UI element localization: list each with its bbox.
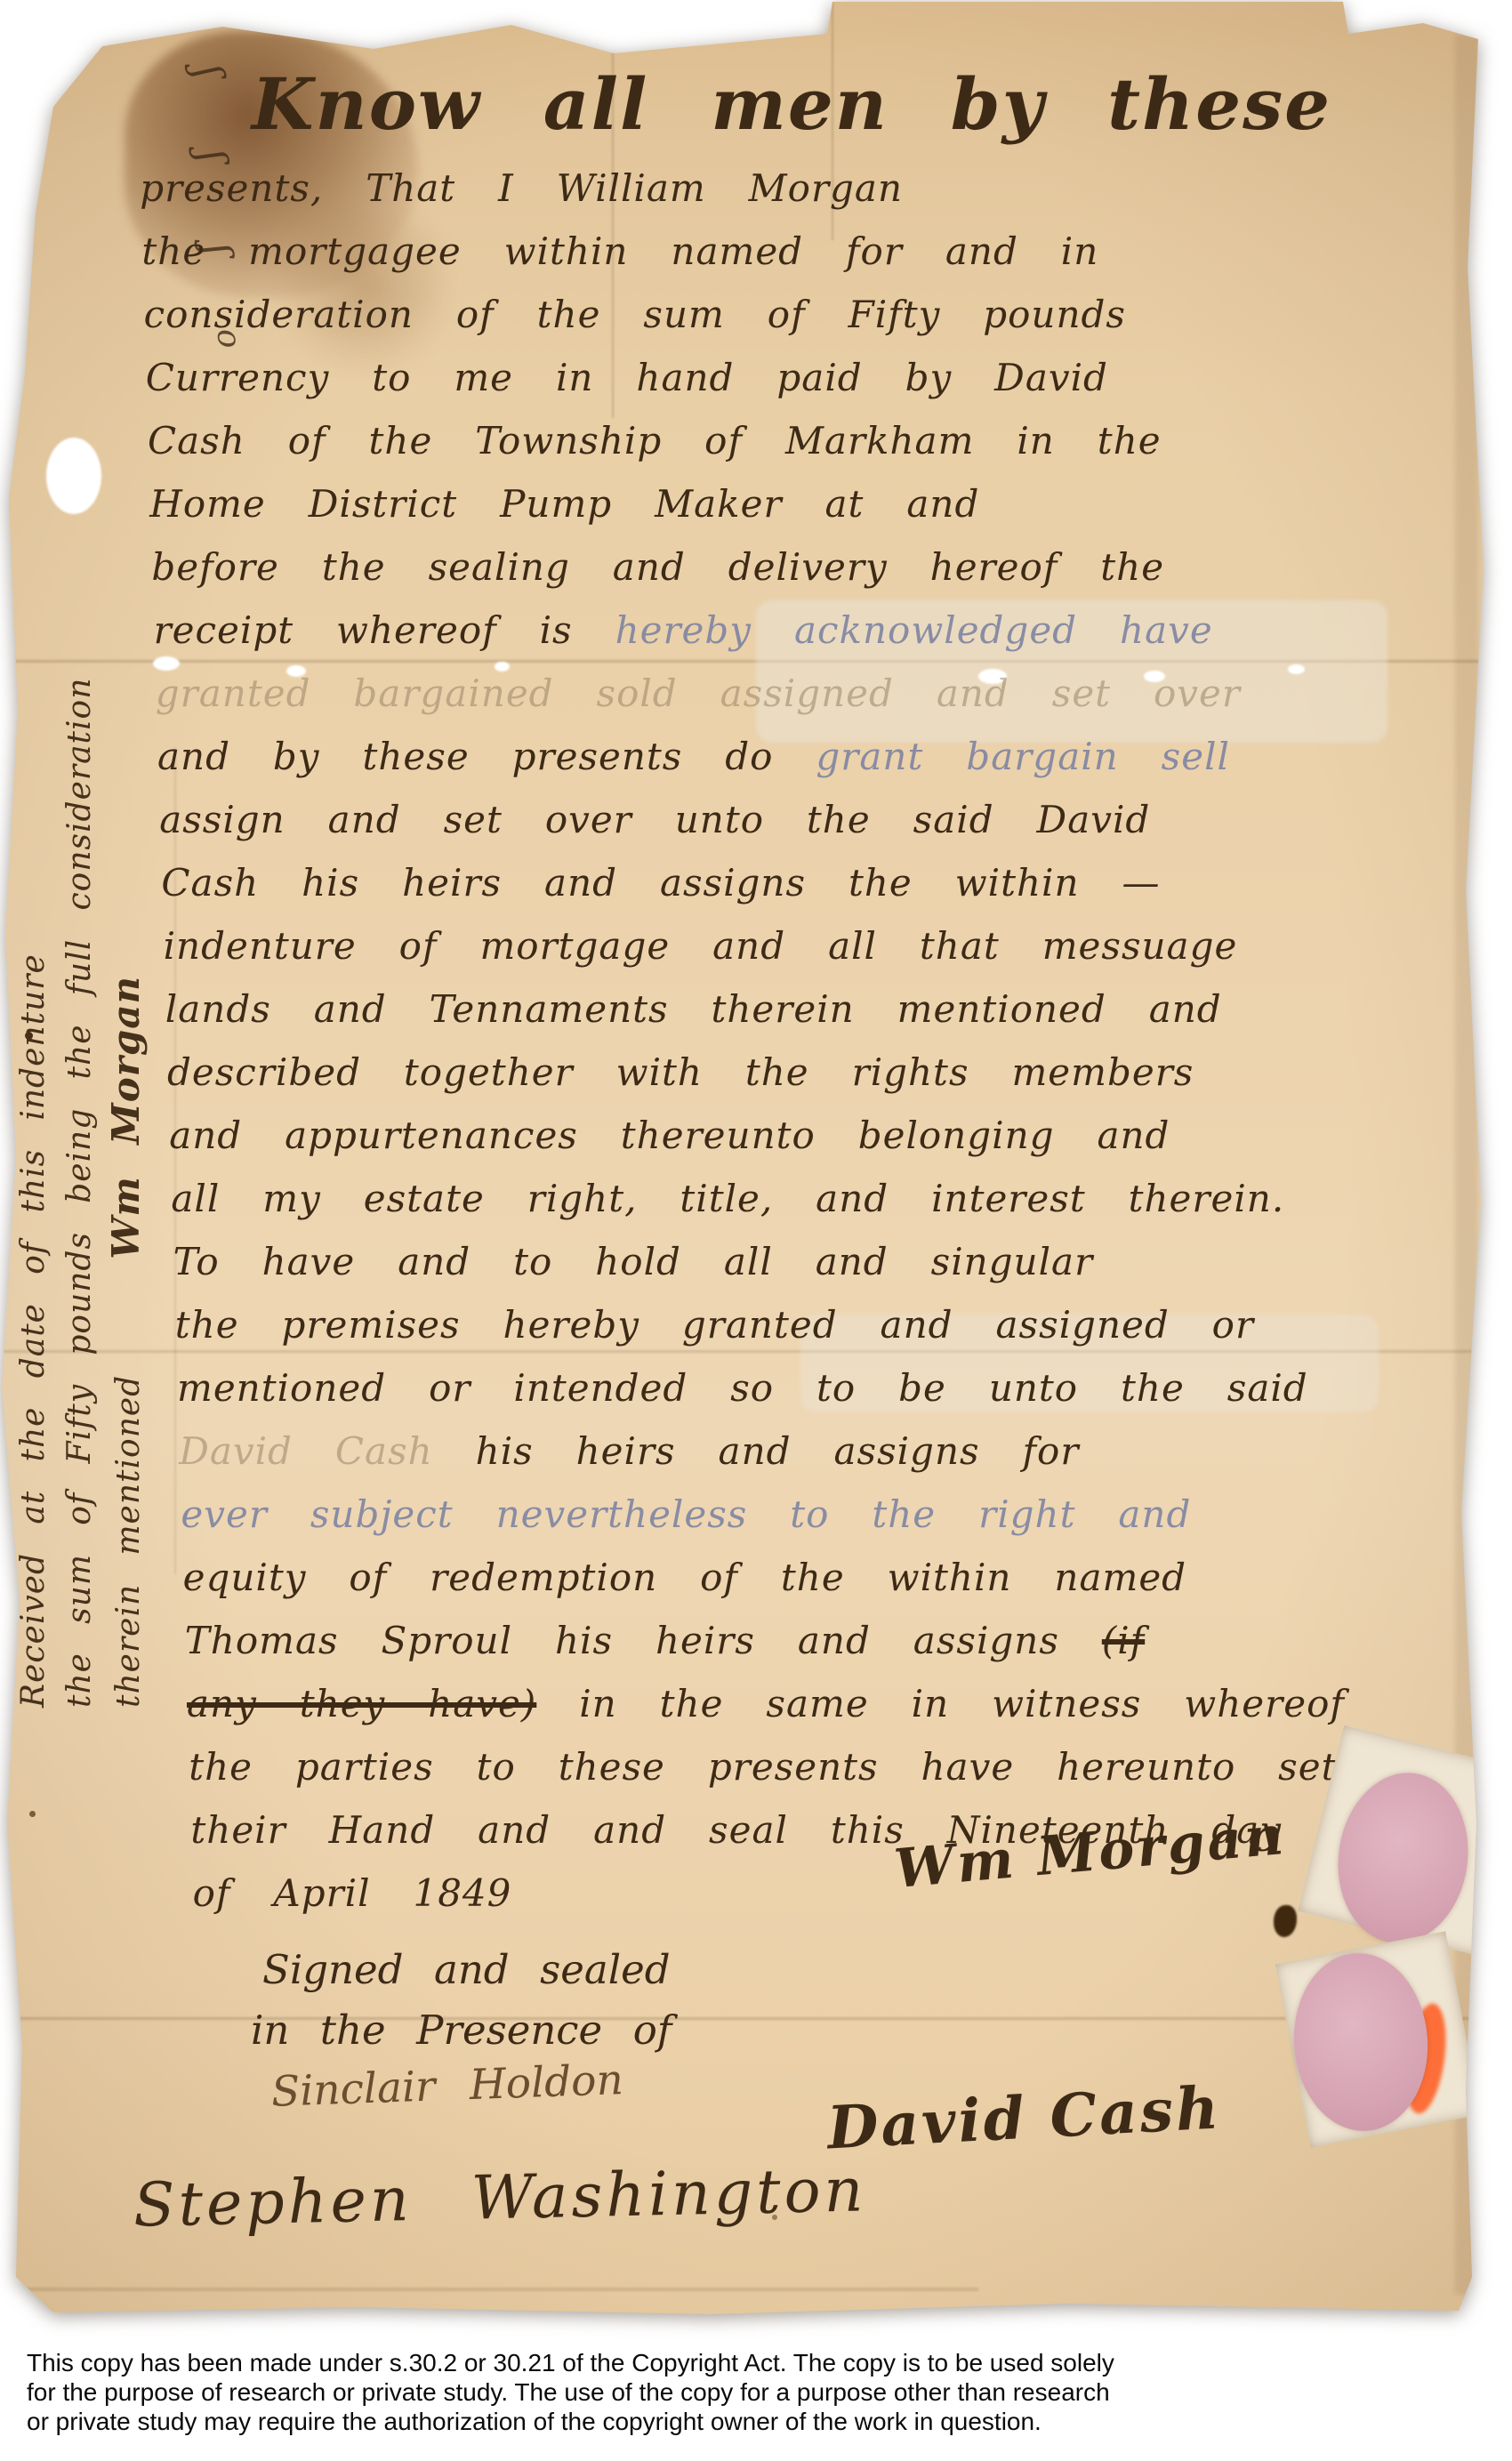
document-line: Currency to me in hand paid by David — [138, 346, 1480, 409]
text-segment: any they have) — [187, 1682, 536, 1725]
closing-signed-sealed: Signed and sealed — [262, 1946, 671, 1993]
copyright-line: or private study may require the authori… — [27, 2407, 1114, 2436]
text-segment: in the same in witness whereof — [536, 1682, 1345, 1725]
text-segment: lands and Tennaments therein mentioned a… — [165, 987, 1222, 1031]
text-segment: presents, That I William Morgan — [140, 166, 903, 210]
text-segment: and by these presents do — [157, 735, 816, 778]
text-segment: assign and set over unto the said David — [159, 798, 1150, 841]
document-line: granted bargained sold assigned and set … — [138, 662, 1480, 725]
document-line: and appurtenances thereunto belonging an… — [138, 1104, 1480, 1167]
text-segment: the mortgagee within named for and in — [141, 229, 1098, 273]
closing-presence-of: in the Presence of — [251, 2007, 672, 2054]
copyright-line: for the purpose of research or private s… — [27, 2377, 1114, 2407]
document-line: presents, That I William Morgan — [138, 157, 1480, 220]
copyright-line: This copy has been made under s.30.2 or … — [27, 2348, 1114, 2377]
document-body: Know all men by thesepresents, That I Wi… — [138, 52, 1480, 1925]
document-line: receipt whereof is hereby acknowledged h… — [138, 599, 1480, 662]
document-line: indenture of mortgage and all that messu… — [138, 914, 1480, 977]
text-segment: grant bargain sell — [816, 735, 1230, 778]
document-line: the premises hereby granted and assigned… — [138, 1293, 1480, 1356]
text-segment: ever subject nevertheless to the right a… — [181, 1492, 1191, 1536]
text-segment: Currency to me in hand paid by David — [146, 356, 1108, 399]
text-segment: his heirs and assigns for — [476, 1429, 1080, 1473]
document-line: Cash of the Township of Markham in the — [138, 409, 1480, 472]
text-segment: Cash of the Township of Markham in the — [148, 419, 1162, 462]
copyright-notice: This copy has been made under s.30.2 or … — [27, 2348, 1114, 2436]
text-segment: the parties to these presents have hereu… — [189, 1745, 1337, 1789]
document-line: Thomas Sproul his heirs and assigns (if — [138, 1609, 1480, 1672]
paper-sheet: ʃ ʃ ʃ o Received at the date of this ind… — [0, 0, 1512, 2461]
document-line: any they have) in the same in witness wh… — [138, 1672, 1480, 1735]
text-segment: granted bargained sold assigned and set … — [156, 672, 1241, 715]
text-segment: mentioned or intended so to be unto the … — [177, 1366, 1308, 1410]
document-line: consideration of the sum of Fifty pounds — [138, 283, 1480, 346]
document-line: ever subject nevertheless to the right a… — [138, 1483, 1480, 1546]
document-line: the parties to these presents have hereu… — [138, 1735, 1480, 1798]
document-line: equity of redemption of the within named — [138, 1546, 1480, 1609]
text-segment: before the sealing and delivery hereof t… — [151, 545, 1164, 589]
margin-note-line: the sum of Fifty pounds being the full c… — [57, 213, 103, 1708]
document-line: and by these presents do grant bargain s… — [138, 725, 1480, 788]
document-line: before the sealing and delivery hereof t… — [138, 535, 1480, 599]
text-segment: indenture of mortgage and all that messu… — [164, 924, 1238, 968]
document-line: Cash his heirs and assigns the within — — [138, 851, 1480, 914]
document-line: Home District Pump Maker at and — [138, 472, 1480, 535]
text-segment: described together with the rights membe… — [167, 1050, 1194, 1094]
text-segment: consideration of the sum of Fifty pounds — [144, 293, 1126, 336]
text-segment: David Cash — [179, 1429, 475, 1473]
margin-note-line: Received at the date of this indenture — [11, 213, 57, 1708]
margin-receipt-note: Received at the date of this indenture t… — [11, 213, 151, 1708]
text-segment: and appurtenances thereunto belonging an… — [169, 1114, 1170, 1157]
document-line: To have and to hold all and singular — [138, 1230, 1480, 1293]
document-line: assign and set over unto the said David — [138, 788, 1480, 851]
document-line: David Cash his heirs and assigns for — [138, 1419, 1480, 1483]
document-line: described together with the rights membe… — [138, 1041, 1480, 1104]
document-opening-line: Know all men by these — [138, 52, 1480, 157]
ink-speck — [29, 1811, 36, 1817]
document-line: the mortgagee within named for and in — [138, 220, 1480, 283]
text-segment: equity of redemption of the within named — [183, 1556, 1186, 1599]
scanned-document-page: ʃ ʃ ʃ o Received at the date of this ind… — [0, 0, 1512, 2461]
document-line: mentioned or intended so to be unto the … — [138, 1356, 1480, 1419]
text-segment: (if — [1102, 1619, 1145, 1662]
fold-crease — [0, 2288, 978, 2291]
text-segment: To have and to hold all and singular — [173, 1240, 1094, 1283]
text-segment: receipt whereof is — [154, 608, 615, 652]
document-line: lands and Tennaments therein mentioned a… — [138, 977, 1480, 1041]
text-segment: of April 1849 — [193, 1871, 512, 1915]
document-line: all my estate right, title, and interest… — [138, 1167, 1480, 1230]
text-segment: all my estate right, title, and interest… — [171, 1177, 1284, 1220]
text-segment: Cash his heirs and assigns the within — — [161, 861, 1160, 905]
text-segment: the premises hereby granted and assigned… — [175, 1303, 1254, 1347]
text-segment: Home District Pump Maker at and — [149, 482, 979, 526]
text-segment: Know all men by these — [252, 62, 1331, 146]
paper-sheet-wrapper: ʃ ʃ ʃ o Received at the date of this ind… — [0, 0, 1512, 2461]
text-segment: hereby acknowledged have — [615, 608, 1213, 652]
text-segment: Thomas Sproul his heirs and assigns — [185, 1619, 1102, 1662]
